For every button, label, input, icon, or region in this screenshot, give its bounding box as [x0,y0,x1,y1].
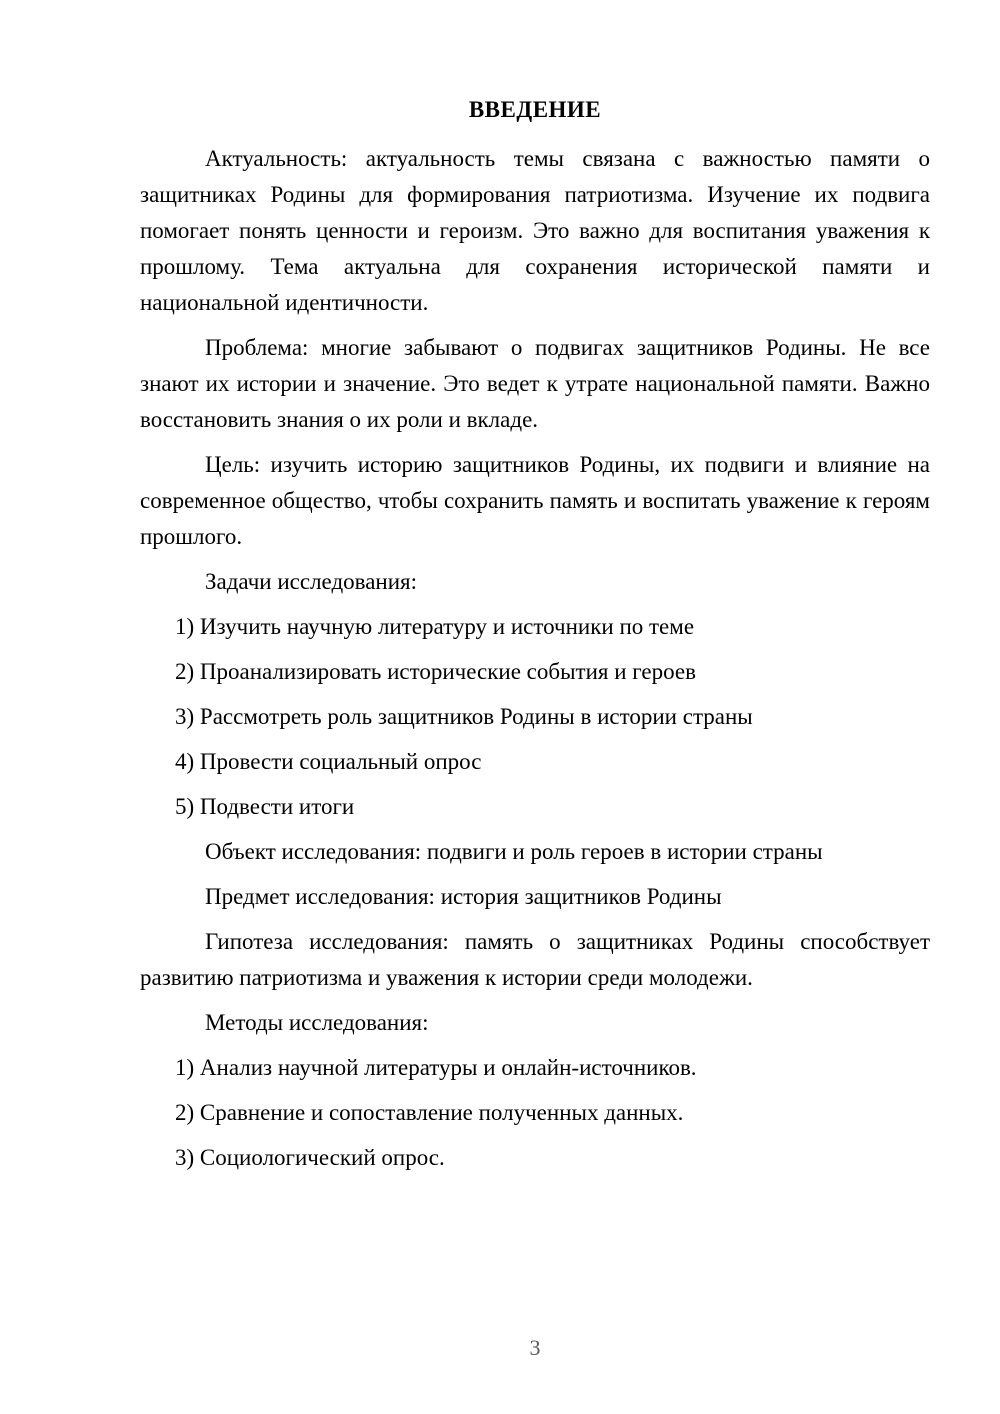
methods-label: Методы исследования: [140,1005,930,1041]
page-number: 3 [140,1336,930,1360]
page-title: ВВЕДЕНИЕ [140,92,930,128]
tasks-label: Задачи исследования: [140,564,930,600]
task-item-5: 5) Подвести итоги [140,789,930,825]
method-item-3: 3) Социологический опрос. [140,1140,930,1176]
task-item-4: 4) Провести социальный опрос [140,744,930,780]
task-item-1: 1) Изучить научную литературу и источник… [140,609,930,645]
method-item-2: 2) Сравнение и сопоставление полученных … [140,1095,930,1131]
paragraph-research-object: Объект исследования: подвиги и роль геро… [140,834,930,870]
method-item-1: 1) Анализ научной литературы и онлайн-ис… [140,1050,930,1086]
paragraph-hypothesis: Гипотеза исследования: память о защитник… [140,924,930,996]
paragraph-problem: Проблема: многие забывают о подвигах защ… [140,330,930,438]
document-page: ВВЕДЕНИЕ Актуальность: актуальность темы… [0,0,1000,1414]
paragraph-research-subject: Предмет исследования: история защитников… [140,879,930,915]
paragraph-relevance: Актуальность: актуальность темы связана … [140,141,930,321]
task-item-2: 2) Проанализировать исторические события… [140,654,930,690]
paragraph-goal: Цель: изучить историю защитников Родины,… [140,447,930,555]
task-item-3: 3) Рассмотреть роль защитников Родины в … [140,699,930,735]
